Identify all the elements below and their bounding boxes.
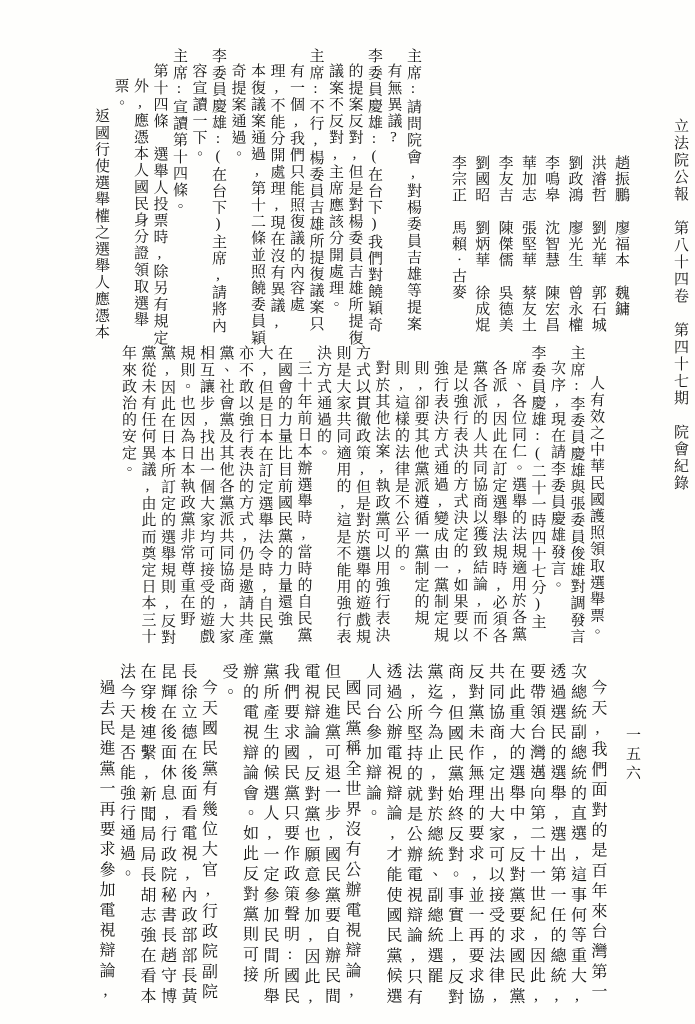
name-column: 趙振鵬廖福本魏鏞 xyxy=(615,155,632,339)
legislator-name: 李宗正 xyxy=(448,155,469,220)
paragraph: 第十四條 選舉人投票時,除另有規定外,應憑本人國民身分證領取選舉票。 xyxy=(110,48,169,347)
gazette-page: 立法院公報 第八十四卷 第四十七期 院會紀錄 一五六 趙振鵬廖福本魏鏞洪濬哲劉光… xyxy=(0,0,695,1024)
paragraph: 李委員慶雄:(在台下)主席,請將內容宣讀一下。 xyxy=(188,48,227,347)
paragraph: 過去民進黨一再要求參加電視辯論, xyxy=(95,663,116,1015)
legislator-name: 蔡友土 xyxy=(518,285,539,333)
name-column: 華加志張堅華蔡友土 xyxy=(522,155,539,339)
legislator-name: 劉國昭 xyxy=(471,155,492,220)
name-column: 洪濬哲劉光華郭石城 xyxy=(592,155,609,339)
paragraph: 主席:李委員慶雄與張委員俊雄對調發言次序,現在請李委員慶雄發言。 xyxy=(547,345,586,648)
paragraph: 主席:宣讀第十四條。 xyxy=(169,48,189,347)
legislator-name: 曾永權 xyxy=(564,285,585,333)
paragraph: 對於其他法案,執政黨可以用強行表決方式以貫徹政策,但是對於選舉的遊戲規則是大家共… xyxy=(313,345,391,648)
legislator-name: 華加志 xyxy=(518,155,539,220)
legislator-name: 廖福本 xyxy=(611,220,632,285)
legislator-name: 趙振鵬 xyxy=(611,155,632,220)
paragraph: 主席:不行,楊委員吉雄所提復議案只有一個,我們只能照復議的內容處理,不能分開處理… xyxy=(227,48,325,347)
legislator-name: 陳宏昌 xyxy=(541,285,562,333)
legislator-name: 廖光生 xyxy=(564,220,585,285)
paragraph: 李委員慶雄:(二十一時四十七分)主席、各位同仁。選舉的法規適用於各黨各派,因此在… xyxy=(391,345,547,648)
legislator-name: 陳傑儒 xyxy=(495,220,516,285)
legislator-name: 郭石城 xyxy=(588,285,609,333)
paragraph: 人有效之中華民國護照領取選舉票。 xyxy=(586,345,606,648)
paragraph: 主席:請問院會,對楊委員吉雄等提案有無異議? xyxy=(383,48,422,347)
legislator-name-list: 趙振鵬廖福本魏鏞洪濬哲劉光華郭石城劉政鴻廖光生曾永權李鳴皋沈智慧陳宏昌華加志張堅… xyxy=(452,155,632,339)
name-column: 劉政鴻廖光生曾永權 xyxy=(568,155,585,339)
legislator-name: 劉光華 xyxy=(588,220,609,285)
legislator-name: 張堅華 xyxy=(518,220,539,285)
name-column: 李宗正馬賴‧古麥 xyxy=(452,155,469,339)
paragraph: 今天,我們面對的是百年來台灣第一次總統副總統的直選,這事何等重大,透過選民的選舉… xyxy=(361,663,607,1015)
volume-header: 立法院公報 第八十四卷 第四十七期 院會紀錄 xyxy=(670,118,691,498)
name-column: 李鳴皋沈智慧陳宏昌 xyxy=(545,155,562,339)
legislator-name: 劉政鴻 xyxy=(564,155,585,220)
name-column: 劉國昭劉炳華徐成焜 xyxy=(475,155,492,339)
legislator-name: 劉炳華 xyxy=(471,220,492,285)
legislator-name: 馬賴‧古麥 xyxy=(448,220,469,300)
legislator-name: 李鳴皋 xyxy=(541,155,562,220)
page-number: 一五六 xyxy=(622,727,643,784)
legislator-name: 沈智慧 xyxy=(541,220,562,285)
legislator-name: 洪濬哲 xyxy=(588,155,609,220)
bottom-text-block: 今天,我們面對的是百年來台灣第一次總統副總統的直選,這事何等重大,透過選民的選舉… xyxy=(22,663,607,1015)
legislator-name: 魏鏞 xyxy=(611,285,632,317)
legislator-name: 吳德美 xyxy=(495,285,516,333)
paragraph: 三十年前日本辦選舉時,當時的自民黨在國會的力量比目前國民黨的力量還強大,但是日本… xyxy=(118,345,313,648)
name-column: 李友吉陳傑儒吳德美 xyxy=(499,155,516,339)
paragraph: 返國行使選舉權之選舉人應憑本 xyxy=(91,48,111,347)
legislator-name: 李友吉 xyxy=(495,155,516,220)
paragraph: 今天國民黨有幾位大官,行政院副院長徐立德在後面看電視,內政部部長黃昆輝在後面休息… xyxy=(115,663,218,1015)
paragraph: 國民黨稱全世界沒有公辦電視辯論,但民進黨可退一步,國民黨要自辦民間電視辯論,反對… xyxy=(218,663,362,1015)
paragraph: 李委員慶雄:(在台下)我們對饒穎奇的提案反對,但是對楊委員吉雄所提復議案不反對,… xyxy=(325,48,384,347)
top-text-block: 主席:請問院會,對楊委員吉雄等提案有無異議?李委員慶雄:(在台下)我們對饒穎奇的… xyxy=(22,48,422,347)
middle-text-block: 人有效之中華民國護照領取選舉票。主席:李委員慶雄與張委員俊雄對調發言次序,現在請… xyxy=(22,345,605,648)
legislator-name: 徐成焜 xyxy=(471,285,492,333)
